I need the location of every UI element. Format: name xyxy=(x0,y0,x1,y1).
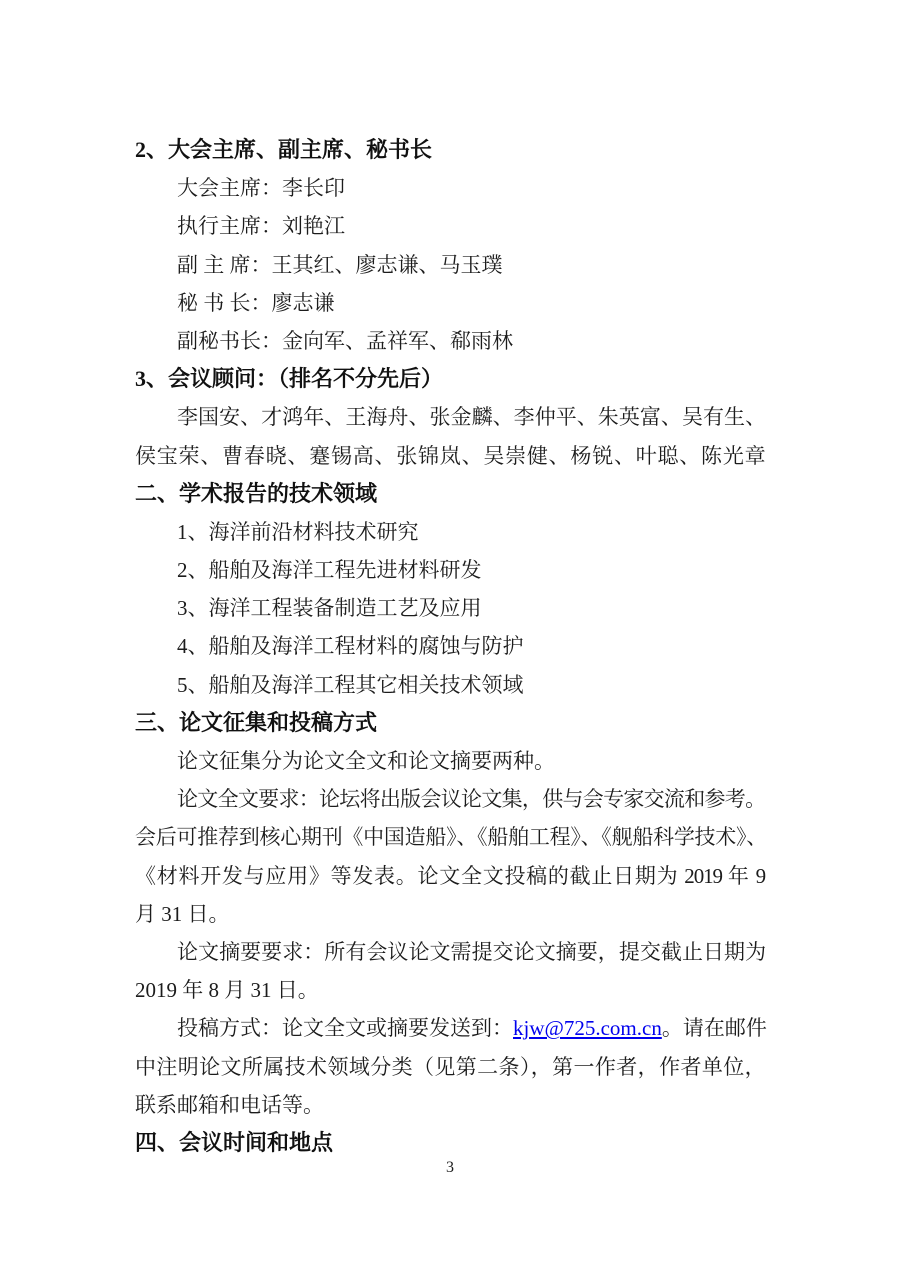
section-heading-advisors: 3、会议顾问：（排名不分先后） xyxy=(135,360,765,398)
document-page: 2、大会主席、副主席、秘书长 大会主席：李长印 执行主席：刘艳江 副 主 席：王… xyxy=(0,0,900,1272)
submission-text-before-link: 投稿方式：论文全文或摘要发送到： xyxy=(177,1016,513,1040)
text-line-collection-types: 论文征集分为论文全文和论文摘要两种。 xyxy=(135,742,765,780)
text-line-submission-method: 投稿方式：论文全文或摘要发送到：kjw@725.com.cn。请在邮件 xyxy=(135,1009,765,1047)
section-heading-chairs: 2、大会主席、副主席、秘书长 xyxy=(135,131,765,169)
text-line-advisors-2: 侯宝荣、曹春晓、蹇锡高、张锦岚、吴崇健、杨锐、叶聪、陈光章 xyxy=(135,437,765,475)
text-line-submission-note-2: 联系邮箱和电话等。 xyxy=(135,1086,765,1124)
text-line-abstract-req-2: 2019 年 8 月 31 日。 xyxy=(135,971,765,1009)
text-line-fulltext-req-2: 会后可推荐到核心期刊《中国造船》、《船舶工程》、《舰船科学技术》、 xyxy=(135,818,765,856)
text-line-field-1: 1、海洋前沿材料技术研究 xyxy=(135,513,765,551)
text-line-field-4: 4、船舶及海洋工程材料的腐蚀与防护 xyxy=(135,627,765,665)
submission-text-after-link: 。请在邮件 xyxy=(662,1016,767,1040)
text-line-fulltext-req-3: 《材料开发与应用》等发表。论文全文投稿的截止日期为 2019 年 9 xyxy=(135,857,765,895)
text-line-field-5: 5、船舶及海洋工程其它相关技术领域 xyxy=(135,666,765,704)
text-line-field-3: 3、海洋工程装备制造工艺及应用 xyxy=(135,589,765,627)
text-line-fulltext-req-4: 月 31 日。 xyxy=(135,895,765,933)
text-line-deputy-secretaries: 副秘书长：金向军、孟祥军、郗雨林 xyxy=(135,322,765,360)
text-line-abstract-req-1: 论文摘要要求：所有会议论文需提交论文摘要，提交截止日期为 xyxy=(135,933,765,971)
text-line-exec-chair: 执行主席：刘艳江 xyxy=(135,207,765,245)
text-line-secretary-general: 秘 书 长：廖志谦 xyxy=(135,284,765,322)
text-line-vice-chairs: 副 主 席：王其红、廖志谦、马玉璞 xyxy=(135,246,765,284)
text-line-chair: 大会主席：李长印 xyxy=(135,169,765,207)
email-link[interactable]: kjw@725.com.cn xyxy=(513,1016,662,1040)
section-heading-paper-submission: 三、论文征集和投稿方式 xyxy=(135,704,765,742)
text-line-advisors-1: 李国安、才鸿年、王海舟、张金麟、李仲平、朱英富、吴有生、 xyxy=(135,398,765,436)
section-heading-technical-fields: 二、学术报告的技术领域 xyxy=(135,475,765,513)
text-line-fulltext-req-1: 论文全文要求：论坛将出版会议论文集，供与会专家交流和参考。 xyxy=(135,780,765,818)
text-line-field-2: 2、船舶及海洋工程先进材料研发 xyxy=(135,551,765,589)
page-number: 3 xyxy=(0,1156,900,1180)
text-line-submission-note-1: 中注明论文所属技术领域分类（见第二条），第一作者，作者单位， xyxy=(135,1048,765,1086)
document-content: 2、大会主席、副主席、秘书长 大会主席：李长印 执行主席：刘艳江 副 主 席：王… xyxy=(135,131,765,1162)
